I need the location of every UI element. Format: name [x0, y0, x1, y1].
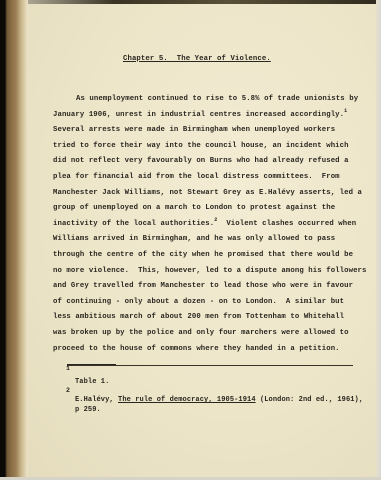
body-line-text: Williams arrived in Birmingham, and he w… — [53, 235, 335, 243]
body-line: did not reflect very favourably on Burns… — [53, 157, 349, 165]
body-line: was broken up by the police and only fou… — [53, 329, 349, 337]
body-line: Several arrests were made in Birmingham … — [53, 126, 335, 134]
footnote-1-number: 1 — [66, 365, 70, 372]
footnote-2-page: p 259. — [75, 406, 101, 414]
body-line: tried to force their way into the counci… — [53, 142, 349, 150]
footnote-2-publication: (London: 2nd ed., 1961), — [256, 396, 364, 404]
footnote-2-book-title: The rule of democracy, 1905-1914 — [118, 396, 256, 404]
body-line: of continuing - only about a dozen - on … — [53, 298, 344, 306]
body-line-text: inactivity of the local authorities. — [53, 220, 214, 228]
chapter-title: Chapter 5. The Year of Violence. — [123, 55, 271, 63]
body-line-text: less ambitious march of about 200 men fr… — [53, 313, 344, 321]
body-line-text: of continuing - only about a dozen - on … — [53, 298, 344, 306]
body-line-text: through the centre of the city when he p… — [53, 251, 353, 259]
scanned-page-frame: Chapter 5. The Year of Violence. As unem… — [0, 0, 381, 480]
footnote-2-text: E.Halévy, The rule of democracy, 1905-19… — [75, 396, 363, 404]
footnote-1-text: Table 1. — [75, 378, 109, 386]
footnote-2-author: E.Halévy, — [75, 396, 118, 404]
body-line-text: was broken up by the police and only fou… — [53, 329, 349, 337]
body-line-text: group of unemployed on a march to London… — [53, 204, 335, 212]
scan-top-edge — [0, 0, 381, 4]
body-line: plea for financial aid from the local di… — [53, 173, 340, 181]
footnote-reference: 1 — [344, 108, 347, 114]
footnote-separator-rule — [67, 365, 353, 366]
body-line-text: and Grey travelled from Manchester to le… — [53, 282, 353, 290]
body-line: less ambitious march of about 200 men fr… — [53, 313, 344, 321]
body-line: no more violence. This, however, led to … — [53, 267, 367, 275]
body-line: As unemployment continued to rise to 5.8… — [76, 95, 358, 103]
body-line-text: Manchester Jack Williams, not Stewart Gr… — [53, 189, 362, 197]
body-line: Manchester Jack Williams, not Stewart Gr… — [53, 189, 362, 197]
body-line-continuation: Violent clashes occurred when — [217, 220, 356, 228]
body-line: group of unemployed on a march to London… — [53, 204, 335, 212]
body-line-text: January 1906, unrest in industrial centr… — [53, 111, 344, 119]
footnote-2-number: 2 — [66, 387, 70, 394]
body-line: proceed to the house of commons where th… — [53, 345, 340, 353]
body-line-text: proceed to the house of commons where th… — [53, 345, 340, 353]
page-binding-edge — [0, 0, 28, 480]
body-line-text: did not reflect very favourably on Burns… — [53, 157, 349, 165]
body-line: January 1906, unrest in industrial centr… — [53, 111, 347, 119]
body-line: through the centre of the city when he p… — [53, 251, 353, 259]
body-line-text: Several arrests were made in Birmingham … — [53, 126, 335, 134]
body-line-text: tried to force their way into the counci… — [53, 142, 349, 150]
body-line-text: As unemployment continued to rise to 5.8… — [76, 95, 358, 103]
body-line-text: no more violence. This, however, led to … — [53, 267, 367, 275]
body-line: Williams arrived in Birmingham, and he w… — [53, 235, 335, 243]
page-right-edge — [376, 0, 381, 480]
body-line: inactivity of the local authorities.2 Vi… — [53, 220, 356, 228]
body-line: and Grey travelled from Manchester to le… — [53, 282, 353, 290]
body-line-text: plea for financial aid from the local di… — [53, 173, 340, 181]
